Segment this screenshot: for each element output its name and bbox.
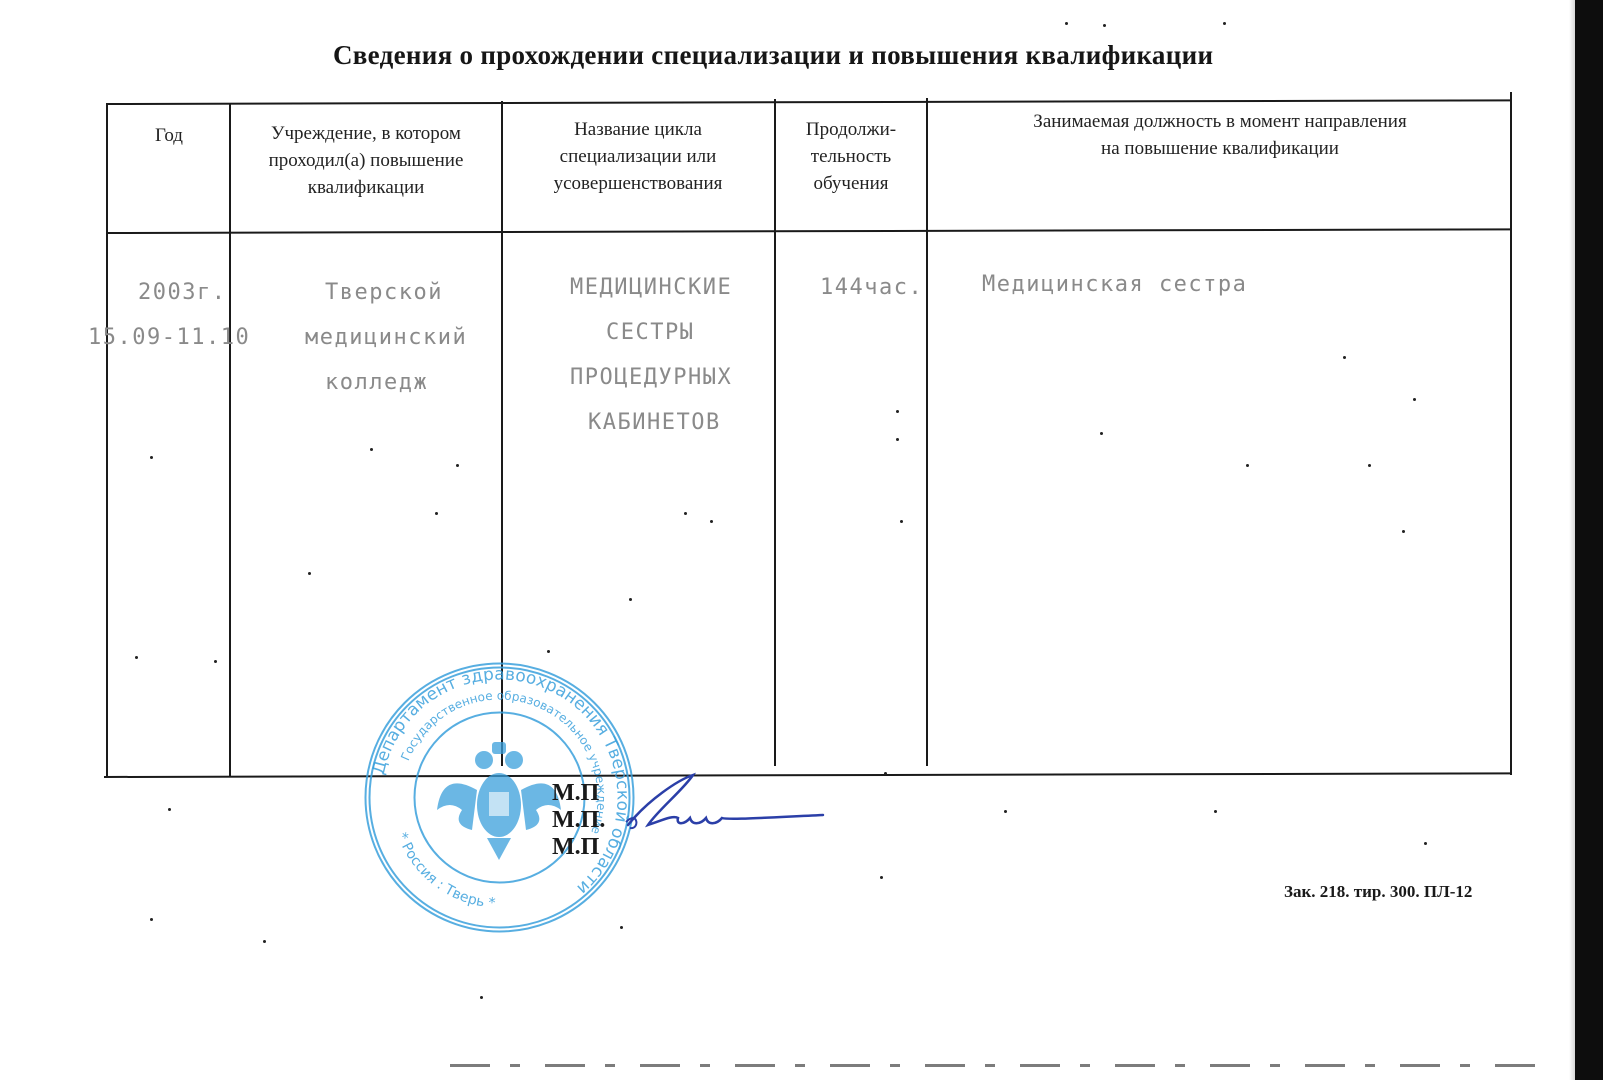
header-position: Занимаемая должность в момент направлени… [930, 108, 1510, 162]
svg-text:* Россия : Тверь *: * Россия : Тверь * [394, 830, 496, 911]
header-cycle: Название цикла специализации или усоверш… [504, 116, 772, 197]
row-position: Медицинская сестра [982, 262, 1247, 307]
signature [618, 770, 828, 840]
header-institution: Учреждение, в котором проходил(а) повыше… [232, 120, 500, 201]
row-year-line2: 15.09-11.10 [88, 315, 250, 360]
row-duration: 144час. [820, 265, 923, 310]
scan-edge [1575, 0, 1603, 1080]
header-year: Год [110, 122, 228, 149]
header-duration: Продолжи- тельность обучения [777, 116, 925, 197]
document-title: Сведения о прохождении специализации и п… [333, 40, 1343, 71]
eagle-emblem-icon [437, 742, 561, 860]
seal-marks: М.П М.П. М.П [552, 780, 605, 861]
scan-artifact-line [450, 1064, 1550, 1067]
print-info: Зак. 218. тир. 300. ПЛ-12 [1284, 882, 1472, 902]
row-year-line1: 2003г. [138, 270, 226, 315]
